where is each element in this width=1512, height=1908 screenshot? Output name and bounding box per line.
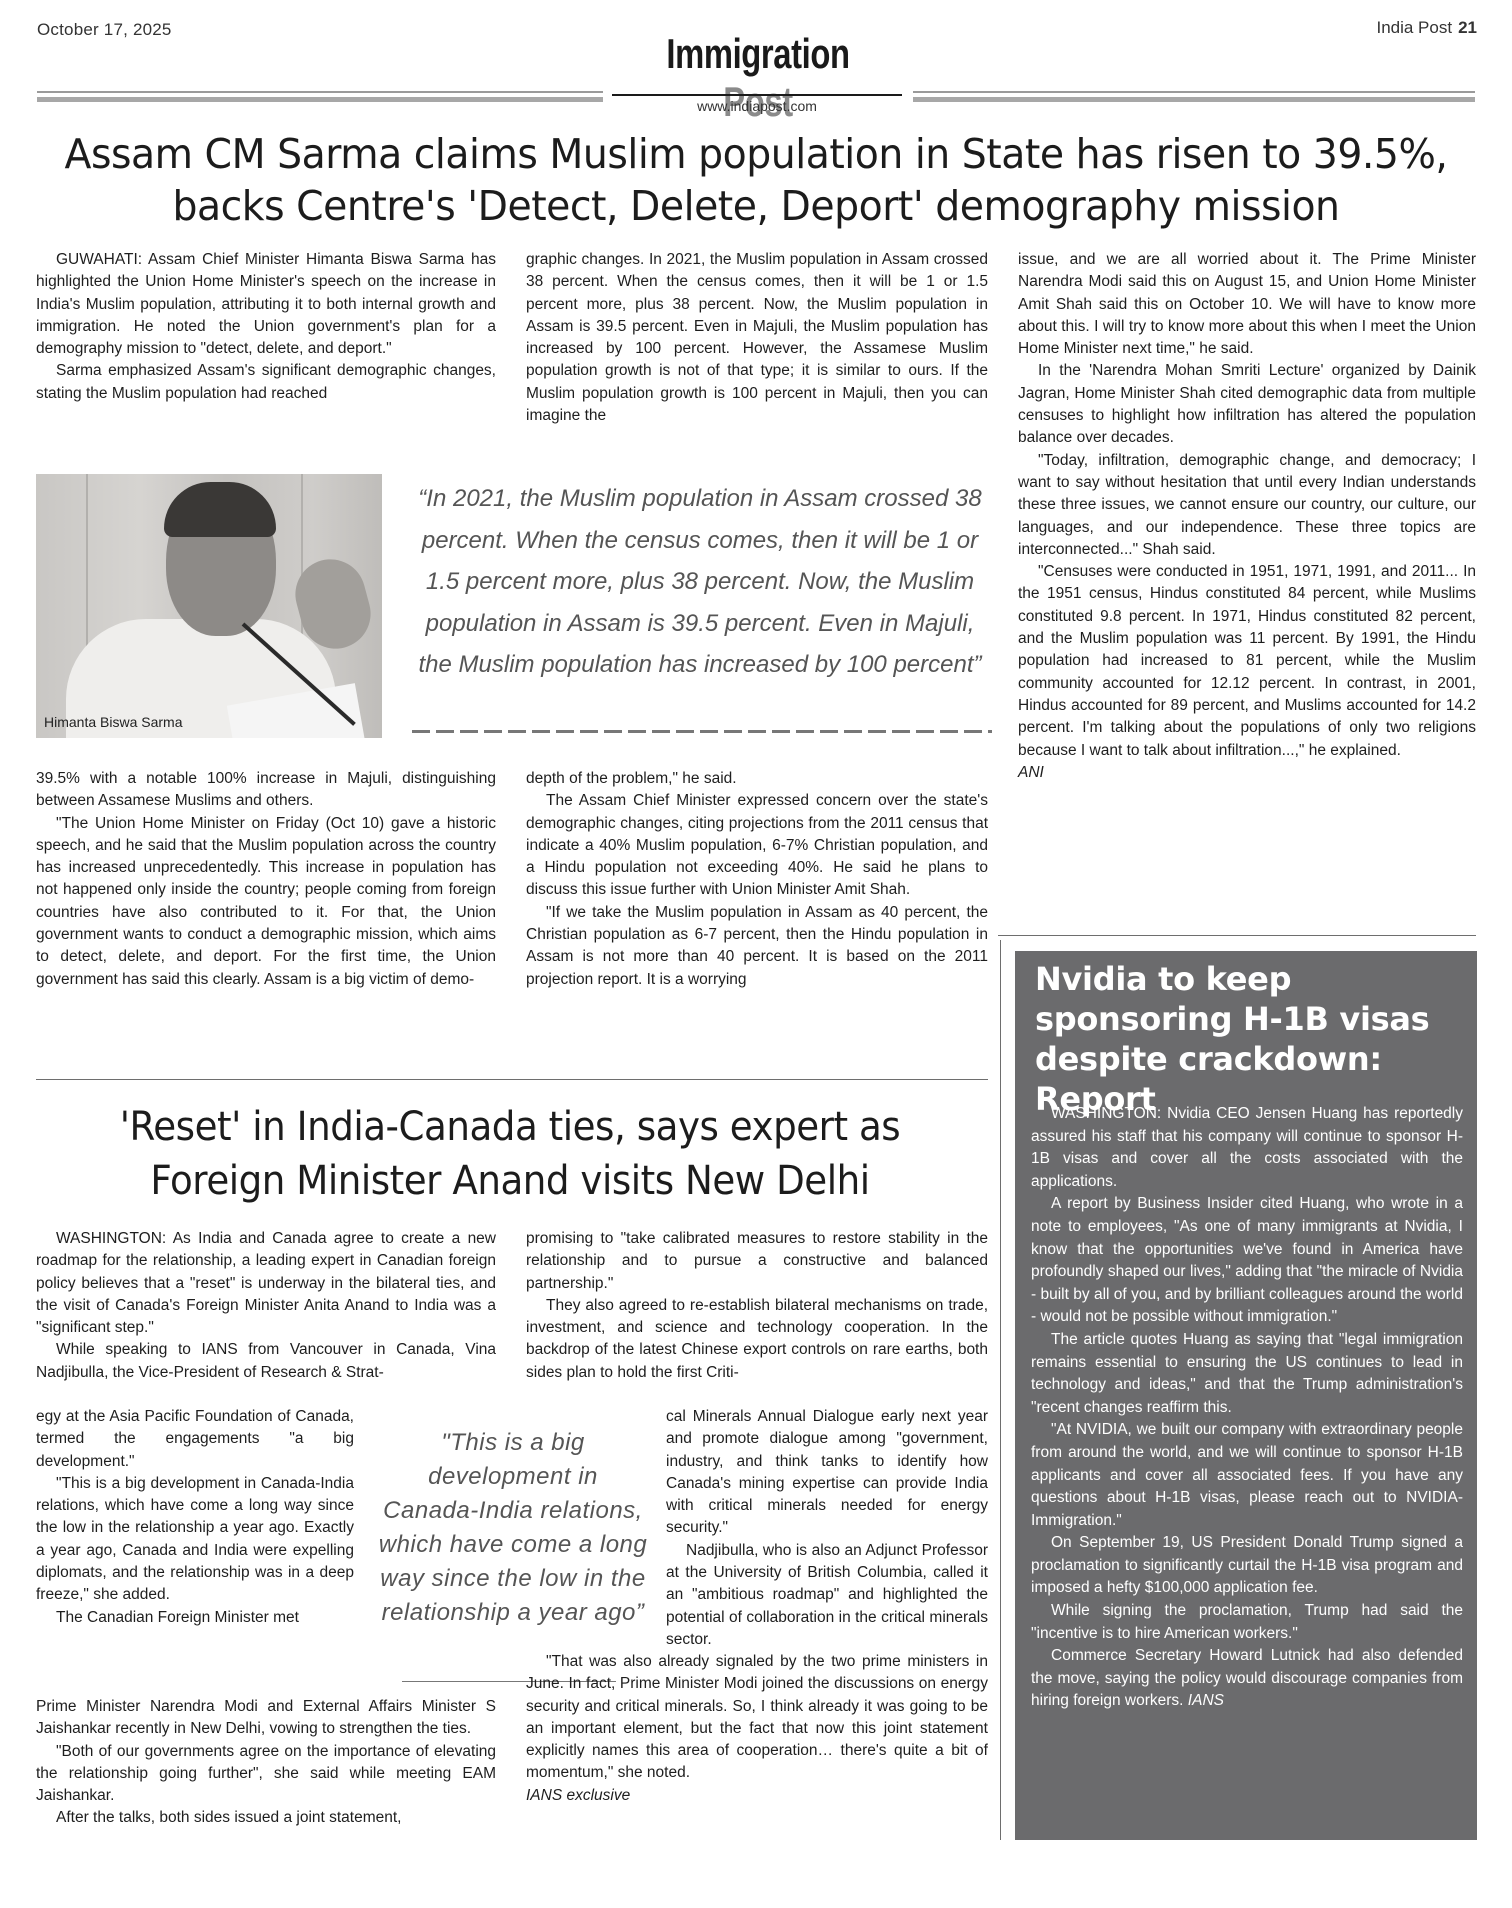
sidebar-credit: IANS [1188, 1692, 1224, 1709]
paragraph: A report by Business Insider cited Huang… [1031, 1193, 1463, 1329]
paragraph: "Both of our governments agree on the im… [36, 1741, 496, 1808]
page-number: 21 [1458, 18, 1477, 37]
masthead-rule [37, 97, 603, 102]
paragraph: After the talks, both sides issued a joi… [36, 1807, 496, 1829]
article2-column-1-top: WASHINGTON: As India and Canada agree to… [36, 1228, 496, 1384]
masthead-rule [913, 97, 1475, 102]
paragraph: depth of the problem," he said. [526, 768, 988, 790]
masthead-rule [913, 91, 1475, 93]
paragraph: Sarma emphasized Assam's significant dem… [36, 360, 496, 405]
page-label: India Post21 [1376, 18, 1477, 38]
article1-column-3: issue, and we are all worried about it. … [1018, 249, 1476, 784]
article2-column-1-narrow: egy at the Asia Pacific Foundation of Ca… [36, 1406, 354, 1629]
paragraph: WASHINGTON: As India and Canada agree to… [36, 1228, 496, 1339]
article-divider [36, 1079, 988, 1080]
article2-headline: 'Reset' in India-Canada ties, says exper… [64, 1100, 957, 1208]
article1-column-1-top: GUWAHATI: Assam Chief Minister Himanta B… [36, 249, 496, 405]
paragraph: Nadjibulla, who is also an Adjunct Profe… [666, 1540, 988, 1651]
paragraph: "At NVIDIA, we built our company with ex… [1031, 1419, 1463, 1532]
paragraph: The Canadian Foreign Minister met [36, 1607, 354, 1629]
paragraph: The article quotes Huang as saying that … [1031, 1329, 1463, 1419]
paragraph: In the 'Narendra Mohan Smriti Lecture' o… [1018, 360, 1476, 449]
sidebar-headline: Nvidia to keep sponsoring H-1B visas des… [1035, 959, 1465, 1119]
paragraph: GUWAHATI: Assam Chief Minister Himanta B… [36, 249, 496, 360]
sidebar-body: WASHINGTON: Nvidia CEO Jensen Huang has … [1031, 1103, 1463, 1713]
article2-column-2-bottom: "That was also already signaled by the t… [526, 1651, 988, 1807]
logo-immigration: Immigration [666, 30, 849, 77]
article2-column-1-bottom: Prime Minister Narendra Modi and Externa… [36, 1696, 496, 1830]
article1-column-2-top: graphic changes. In 2021, the Muslim pop… [526, 249, 988, 427]
headline-line: Foreign Minister Anand visits New Delhi [150, 1158, 869, 1204]
sidebar-nvidia-story: Nvidia to keep sponsoring H-1B visas des… [1015, 951, 1477, 1840]
paragraph: 39.5% with a notable 100% increase in Ma… [36, 768, 496, 813]
paragraph: "This is a big development in Canada-Ind… [36, 1473, 354, 1607]
masthead-rule [612, 94, 902, 96]
article1-pull-quote: “In 2021, the Muslim population in Assam… [410, 478, 990, 686]
paragraph: "If we take the Muslim population in Ass… [526, 902, 988, 991]
website-url[interactable]: www.indiapost.com [612, 98, 902, 114]
headline-line: 'Reset' in India-Canada ties, says exper… [120, 1104, 900, 1150]
paragraph: While speaking to IANS from Vancouver in… [36, 1339, 496, 1384]
masthead-rule [37, 91, 603, 93]
paragraph: promising to "take calibrated measures t… [526, 1228, 988, 1295]
article1-credit: ANI [1018, 764, 1044, 781]
article1-headline: Assam CM Sarma claims Muslim population … [49, 128, 1462, 232]
article1-column-2-bottom: depth of the problem," he said. The Assa… [526, 768, 988, 991]
photo-himanta-biswa-sarma: Himanta Biswa Sarma [36, 474, 382, 738]
paragraph: cal Minerals Annual Dialogue early next … [666, 1406, 988, 1540]
masthead: October 17, 2025 Immigration Post India … [0, 0, 1512, 120]
photo-caption: Himanta Biswa Sarma [44, 714, 183, 730]
article2-column-2-narrow: cal Minerals Annual Dialogue early next … [666, 1406, 988, 1651]
paragraph: The Assam Chief Minister expressed conce… [526, 790, 988, 901]
paragraph: WASHINGTON: Nvidia CEO Jensen Huang has … [1031, 1103, 1463, 1193]
paragraph: egy at the Asia Pacific Foundation of Ca… [36, 1406, 354, 1473]
article2-column-2-top: promising to "take calibrated measures t… [526, 1228, 988, 1384]
sidebar-top-rule [998, 935, 1476, 936]
paragraph: "That was also already signaled by the t… [526, 1651, 988, 1785]
paragraph: "Censuses were conducted in 1951, 1971, … [1018, 561, 1476, 762]
paragraph: Commerce Secretary Howard Lutnick had al… [1031, 1645, 1463, 1713]
paragraph-text: Commerce Secretary Howard Lutnick had al… [1031, 1647, 1463, 1709]
paragraph: issue, and we are all worried about it. … [1018, 249, 1476, 360]
pull-quote-dashed-rule [412, 730, 992, 733]
paragraph: "Today, infiltration, demographic change… [1018, 450, 1476, 561]
paragraph: While signing the proclamation, Trump ha… [1031, 1600, 1463, 1645]
paragraph: "The Union Home Minister on Friday (Oct … [36, 813, 496, 991]
paragraph: They also agreed to re-establish bilater… [526, 1295, 988, 1384]
paragraph: On September 19, US President Donald Tru… [1031, 1532, 1463, 1600]
headline-line: backs Centre's 'Detect, Delete, Deport' … [172, 182, 1339, 230]
article1-column-1-bottom: 39.5% with a notable 100% increase in Ma… [36, 768, 496, 991]
publication-name: India Post [1376, 18, 1452, 37]
article2-credit: IANS exclusive [526, 1787, 630, 1804]
sidebar-left-rule [1000, 940, 1001, 1840]
paragraph: graphic changes. In 2021, the Muslim pop… [526, 249, 988, 427]
article2-pull-quote: "This is a big development in Canada-Ind… [378, 1426, 648, 1630]
paragraph: Prime Minister Narendra Modi and Externa… [36, 1696, 496, 1741]
headline-line: Assam CM Sarma claims Muslim population … [65, 130, 1448, 178]
issue-date: October 17, 2025 [37, 20, 172, 40]
